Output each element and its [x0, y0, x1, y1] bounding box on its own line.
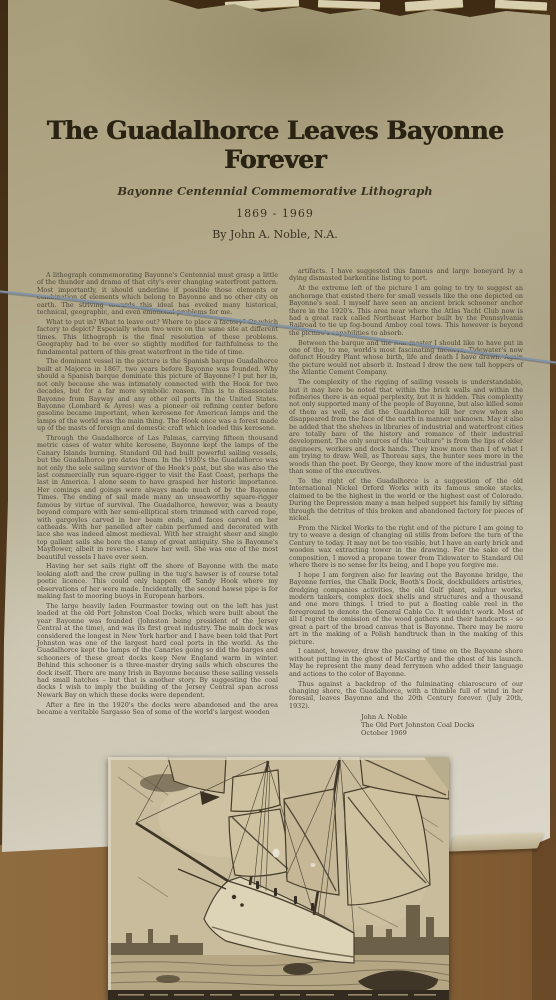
paragraph: Between the barque and the four-master I… — [289, 340, 523, 377]
paragraph: Thus against a backdrop of the fulminati… — [289, 681, 523, 711]
title-block: The Guadalhorce Leaves Bayonne Forever B… — [0, 116, 550, 241]
ship-drawing — [108, 757, 449, 1000]
ship-lithograph-print — [108, 757, 449, 1000]
paragraph: The complexity of the rigging of sailing… — [289, 379, 523, 475]
page-title: The Guadalhorce Leaves Bayonne Forever — [0, 116, 550, 174]
text-column-left: A lithograph commemorating Bayonne's Cen… — [37, 272, 278, 719]
paragraph: The large heavily laden Fourmaster towin… — [37, 603, 278, 699]
photo-of-pinned-document: The Guadalhorce Leaves Bayonne Forever B… — [0, 0, 556, 1000]
paragraph: I cannot, however, draw the passing of t… — [289, 648, 523, 678]
signature-block: John A. Noble The Old Port Johnston Coal… — [361, 714, 523, 737]
paragraph: artifacts. I have suggested this famous … — [289, 268, 523, 283]
paragraph: I hope I am forgiven also for leaving ou… — [289, 572, 523, 646]
paragraph: Having her set sails right off the shore… — [37, 563, 278, 600]
document-subtitle: Bayonne Centennial Commemorative Lithogr… — [0, 184, 550, 198]
signature-date: October 1969 — [361, 730, 523, 738]
torn-paper-fragment — [495, 0, 547, 11]
torn-paper-fragment — [405, 0, 464, 12]
paragraph: After a fire in the 1920's the docks wer… — [37, 702, 278, 717]
paragraph: The dominant vessel in the picture is th… — [37, 358, 278, 432]
curled-paper-corner — [448, 832, 544, 851]
text-column-right: artifacts. I have suggested this famous … — [289, 268, 523, 738]
paragraph: What to put in? What to leave out? Where… — [37, 319, 278, 356]
torn-paper-fragment — [318, 0, 380, 10]
paper-sheet: The Guadalhorce Leaves Bayonne Forever B… — [0, 0, 550, 854]
print-caption-strip — [108, 990, 449, 1000]
paragraph: From the Nickel Works to the right end o… — [289, 525, 523, 569]
paragraph: At the extreme left of the picture I am … — [289, 285, 523, 337]
paragraph: Through the Guadalhorce of Las Palmas, c… — [37, 435, 278, 561]
paragraph: To the right of the Guadalhorce is a sug… — [289, 478, 523, 522]
centennial-years: 1869 - 1969 — [0, 207, 550, 220]
byline: By John A. Noble, N.A. — [0, 228, 550, 241]
paragraph: A lithograph commemorating Bayonne's Cen… — [37, 272, 278, 316]
